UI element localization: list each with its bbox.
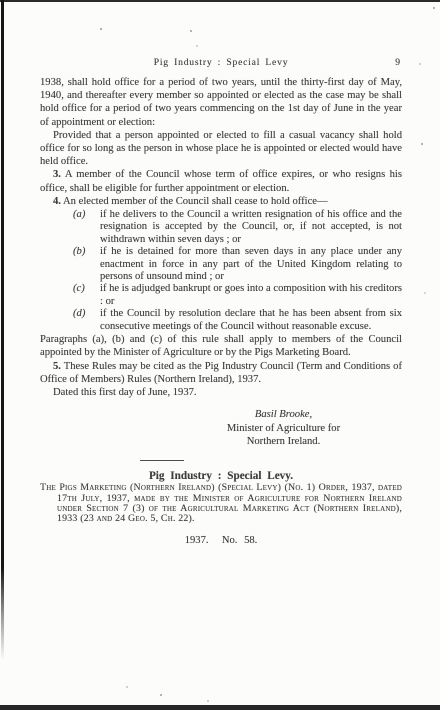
scan-speck [424,292,426,294]
scan-edge-left [1,0,4,660]
signature-title-line2: Northern Ireland. [181,435,386,449]
list-item-b-label: (b) [73,246,85,258]
rule-4-text: An elected member of the Council shall c… [63,196,328,207]
rule-3-number: 3. [53,169,61,180]
list-item-c-label: (c) [73,283,85,295]
signature-block: Basil Brooke, Minister of Agriculture fo… [181,408,386,449]
order-description: The Pigs Marketing (Northern Ireland) (S… [40,483,402,525]
rule-5: 5. These Rules may be cited as the Pig I… [40,360,402,386]
list-item-a-label: (a) [73,209,85,221]
rule-5-number: 5. [53,361,61,372]
list-item-c: (c) if he is adjudged bankrupt or goes i… [40,283,402,308]
list-item-a: (a) if he delivers to the Council a writ… [40,209,402,246]
scan-speck [190,30,192,32]
scan-speck [207,700,209,702]
citation-line: 1937. No. 58. [40,534,402,547]
list-item-d: (d) if the Council by resolution declare… [40,308,402,333]
rule-4: 4. An elected member of the Council shal… [40,195,402,208]
scan-speck [196,45,198,47]
rule-3-text: A member of the Council whose term of of… [40,169,402,193]
rule-5-text: These Rules may be cited as the Pig Indu… [40,361,402,385]
scan-edge-bottom [0,705,440,710]
list-item-a-text: if he delivers to the Council a written … [100,209,402,245]
rule-4-list: (a) if he delivers to the Council a writ… [40,209,402,333]
paragraph-apply: Paragraphs (a), (b) and (c) of this rule… [40,333,402,359]
page-number: 9 [395,57,400,68]
scan-speck [126,686,128,688]
list-item-c-text: if he is adjudged bankrupt or goes into … [100,283,402,306]
document-body: 1938, shall hold office for a period of … [40,76,402,547]
section-divider [140,460,184,461]
running-header-title: Pig Industry : Special Levy [154,57,289,68]
signature-name: Basil Brooke, [181,408,386,422]
list-item-d-text: if the Council by resolution declare tha… [100,308,402,331]
scan-edge-top [0,0,440,2]
scan-speck [160,694,162,696]
scan-speck [100,28,102,30]
paragraph-continuation: 1938, shall hold office for a period of … [40,76,402,129]
rule-4-number: 4. [53,196,61,207]
running-header: Pig Industry : Special Levy 9 [40,57,402,68]
paragraph-proviso: Provided that a person appointed or elec… [40,129,402,169]
scan-speck [433,7,435,9]
scan-speck [421,143,423,145]
scan-speck [419,63,421,65]
list-item-b-text: if he is detained for more than seven da… [100,246,402,282]
rule-3: 3. A member of the Council whose term of… [40,168,402,194]
list-item-b: (b) if he is detained for more than seve… [40,246,402,283]
signature-title-line1: Minister of Agriculture for [181,422,386,436]
list-item-d-label: (d) [73,308,85,320]
scanned-page: Pig Industry : Special Levy 9 1938, shal… [0,0,440,710]
dated-line: Dated this first day of June, 1937. [40,386,402,399]
